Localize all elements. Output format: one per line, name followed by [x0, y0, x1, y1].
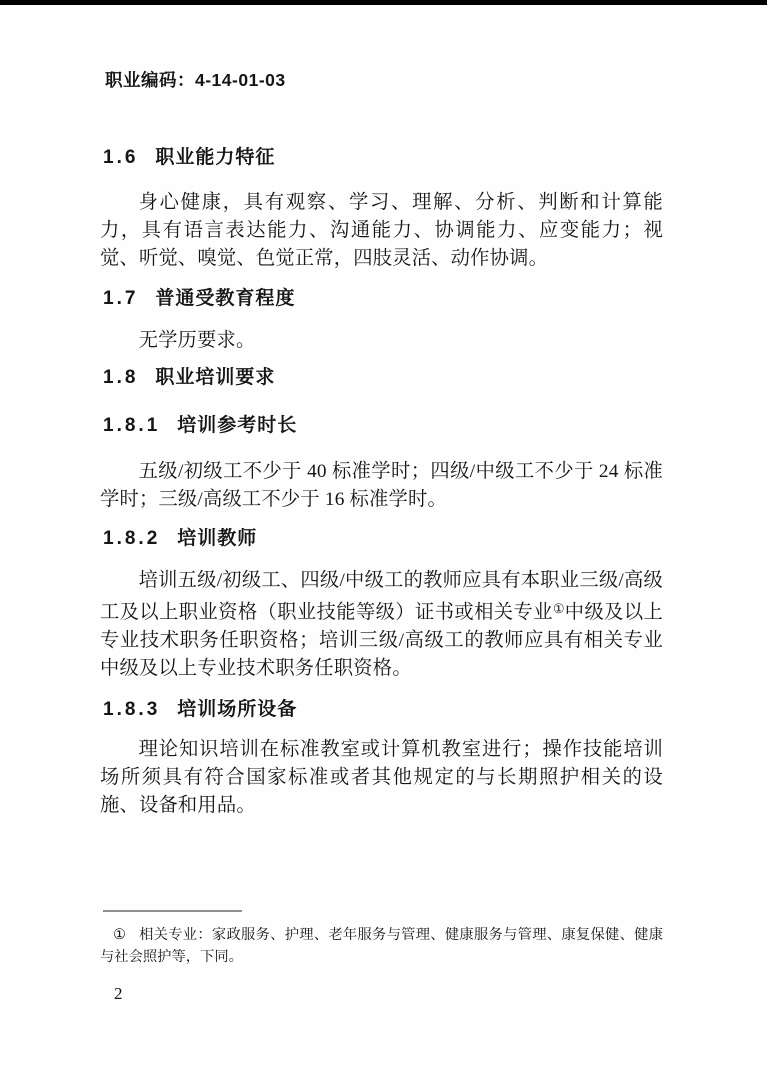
footnote-divider [103, 910, 242, 912]
section-heading-1-6: 1.6职业能力特征 [103, 146, 663, 170]
section-title: 培训参考时长 [177, 415, 297, 436]
section-title: 培训教师 [177, 528, 257, 549]
page-number: 2 [114, 984, 663, 1004]
footnote-ref-marker: ① [553, 601, 565, 616]
section-number: 1.7 [103, 288, 138, 309]
scan-artifact-bar [0, 0, 767, 5]
section-number: 1.8.3 [103, 699, 160, 720]
section-heading-1-7: 1.7普通受教育程度 [103, 287, 663, 311]
paragraph-ability-traits: 身心健康，具有观察、学习、理解、分析、判断和计算能力，具有语言表达能力、沟通能力… [100, 189, 663, 273]
section-title: 培训场所设备 [177, 699, 297, 720]
section-number: 1.8.1 [103, 415, 160, 436]
section-heading-1-8-3: 1.8.3培训场所设备 [103, 698, 663, 722]
document-page: 职业编码：4-14-01-03 1.6职业能力特征 身心健康，具有观察、学习、理… [0, 0, 767, 1079]
section-heading-1-8-2: 1.8.2培训教师 [103, 527, 663, 551]
section-title: 普通受教育程度 [155, 288, 295, 309]
section-heading-1-8-1: 1.8.1培训参考时长 [103, 414, 663, 438]
paragraph-education-requirement: 无学历要求。 [100, 327, 663, 355]
page-content: 职业编码：4-14-01-03 1.6职业能力特征 身心健康，具有观察、学习、理… [0, 0, 767, 1004]
paragraph-training-teachers: 培训五级/初级工、四级/中级工的教师应具有本职业三级/高级工及以上职业资格（职业… [100, 567, 663, 683]
footnote-marker: ① [113, 927, 126, 943]
footnote-text: 相关专业：家政服务、护理、老年服务与管理、健康服务与管理、康复保健、健康与社会照… [100, 927, 663, 965]
section-title: 职业培训要求 [155, 367, 275, 388]
paragraph-training-facilities: 理论知识培训在标准教室或计算机教室进行；操作技能培训场所须具有符合国家标准或者其… [100, 736, 663, 820]
section-number: 1.8 [103, 367, 138, 388]
footnote: ①相关专业：家政服务、护理、老年服务与管理、健康服务与管理、康复保健、健康与社会… [100, 924, 663, 968]
paragraph-training-hours: 五级/初级工不少于 40 标准学时；四级/中级工不少于 24 标准学时；三级/高… [100, 458, 663, 514]
section-number: 1.8.2 [103, 528, 160, 549]
occupation-code: 职业编码：4-14-01-03 [105, 69, 663, 91]
section-heading-1-8: 1.8职业培训要求 [103, 366, 663, 390]
section-title: 职业能力特征 [155, 147, 275, 168]
section-number: 1.6 [103, 147, 138, 168]
